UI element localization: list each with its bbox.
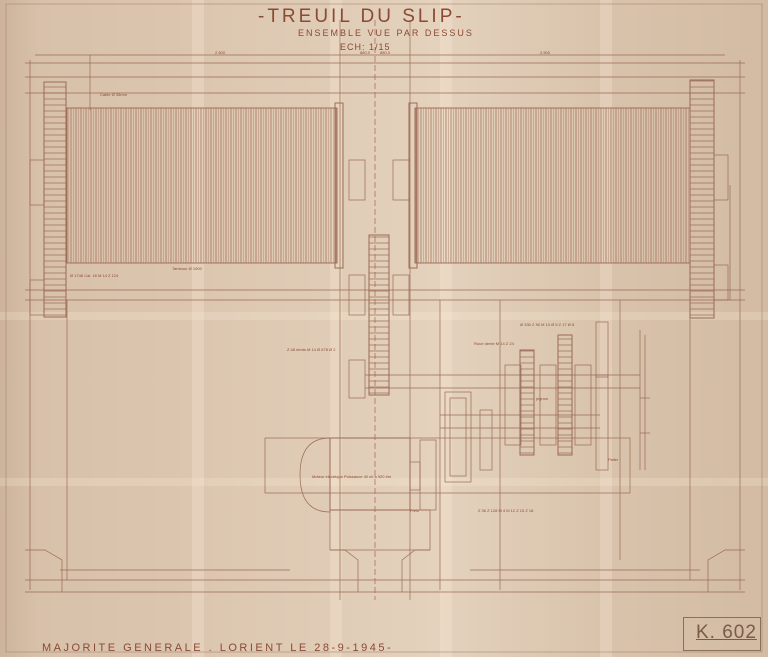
- annotation-gear-right: Ø 330 Z 90 M 10 Ø 5 Z 17 Ø 8: [520, 322, 574, 327]
- reference-box: K. 602: [683, 617, 761, 651]
- annotation-brake: Frein: [410, 508, 419, 513]
- dimension-right: 2.500: [540, 50, 550, 55]
- annotation-pinion: pignon: [536, 396, 548, 401]
- drawing-title: -TREUIL DU SLIP-: [258, 6, 465, 28]
- annotation-bearing: Palier: [608, 457, 618, 462]
- annotation-gear-mid: Roue dente M 14 Z 24: [474, 341, 514, 346]
- blueprint-sheet: -TREUIL DU SLIP- ENSEMBLE VUE PAR DESSUS…: [0, 0, 768, 657]
- dimension-center-b: 880.0: [380, 50, 390, 55]
- dimension-left: 2.500: [215, 50, 225, 55]
- annotation-motor: Moteur electrique Puissance 40 ch a 920 …: [312, 474, 391, 479]
- annotation-drum: Tambour Ø 1000: [172, 266, 202, 271]
- annotation-reducer: Z 36 Z 128 M 4 M 12 Z 15 Z 18: [478, 508, 533, 513]
- dimension-center-a: 880.0: [360, 50, 370, 55]
- annotation-gear-left: Ø 1746 Cal. 16 M 14 Z 124: [70, 273, 118, 278]
- technical-drawing: [0, 0, 768, 657]
- annotation-cable: Cable Ø 35mm: [100, 92, 127, 97]
- reference-number: K. 602: [696, 622, 757, 644]
- annotation-gear-center: Z 48 dents M 14 Ø 678 Ø 2: [287, 347, 335, 352]
- drawing-footer: MAJORITE GENERALE . LORIENT LE 28-9-1945…: [42, 642, 393, 654]
- drawing-subtitle: ENSEMBLE VUE PAR DESSUS: [298, 28, 474, 38]
